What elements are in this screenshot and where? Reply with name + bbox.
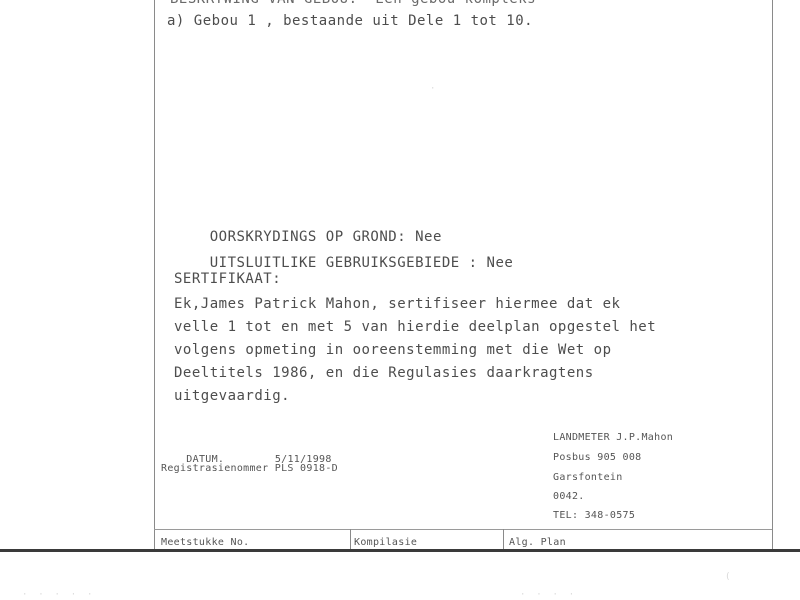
surveyor-line: Garsfontein	[553, 472, 623, 483]
surveyor-line: TEL: 348-0575	[553, 510, 635, 521]
left-border	[154, 0, 155, 552]
table-top-rule	[154, 529, 772, 530]
scanned-document-page: BESKRYWING VAN GEBOU: Een gebou kompleks…	[0, 0, 800, 600]
bleed-through-mark: · · · ·	[520, 590, 574, 600]
surveyor-line: Posbus 905 008	[553, 452, 642, 463]
surveyor-line: 0042.	[553, 491, 585, 502]
registration-number: Registrasienommer PLS 0918-D	[161, 463, 338, 474]
exclusive-use-value: Nee	[487, 255, 514, 271]
certificate-line: Deeltitels 1986, en die Regulasies daark…	[174, 365, 594, 381]
table-cell-alg-plan: Alg. Plan	[509, 537, 566, 548]
certificate-line: velle 1 tot en met 5 van hierdie deelpla…	[174, 319, 656, 335]
table-cell-meetstukke: Meetstukke No.	[161, 537, 250, 548]
table-divider	[350, 529, 351, 551]
building-description-heading: BESKRYWING VAN GEBOU: Een gebou kompleks	[170, 0, 536, 7]
surveyor-line: LANDMETER J.P.Mahon	[553, 432, 673, 443]
certificate-heading: SERTIFIKAAT:	[174, 271, 281, 287]
table-divider	[503, 529, 504, 551]
table-cell-kompilasie: Kompilasie	[354, 537, 417, 548]
certificate-line: uitgevaardig.	[174, 388, 290, 404]
certificate-line: Ek,James Patrick Mahon, sertifiseer hier…	[174, 296, 620, 312]
scan-speck: ·	[430, 84, 435, 94]
bleed-through-mark: · · · · ·	[22, 590, 92, 600]
exclusive-use-label: UITSLUITLIKE GEBRUIKSGEBIEDE :	[210, 255, 478, 271]
right-border	[772, 0, 773, 552]
page-edge-bar	[0, 549, 800, 552]
certificate-line: volgens opmeting in ooreenstemming met d…	[174, 342, 612, 358]
bleed-through-mark: (	[725, 572, 730, 582]
building-line: a) Gebou 1 , bestaande uit Dele 1 tot 10…	[167, 13, 533, 29]
